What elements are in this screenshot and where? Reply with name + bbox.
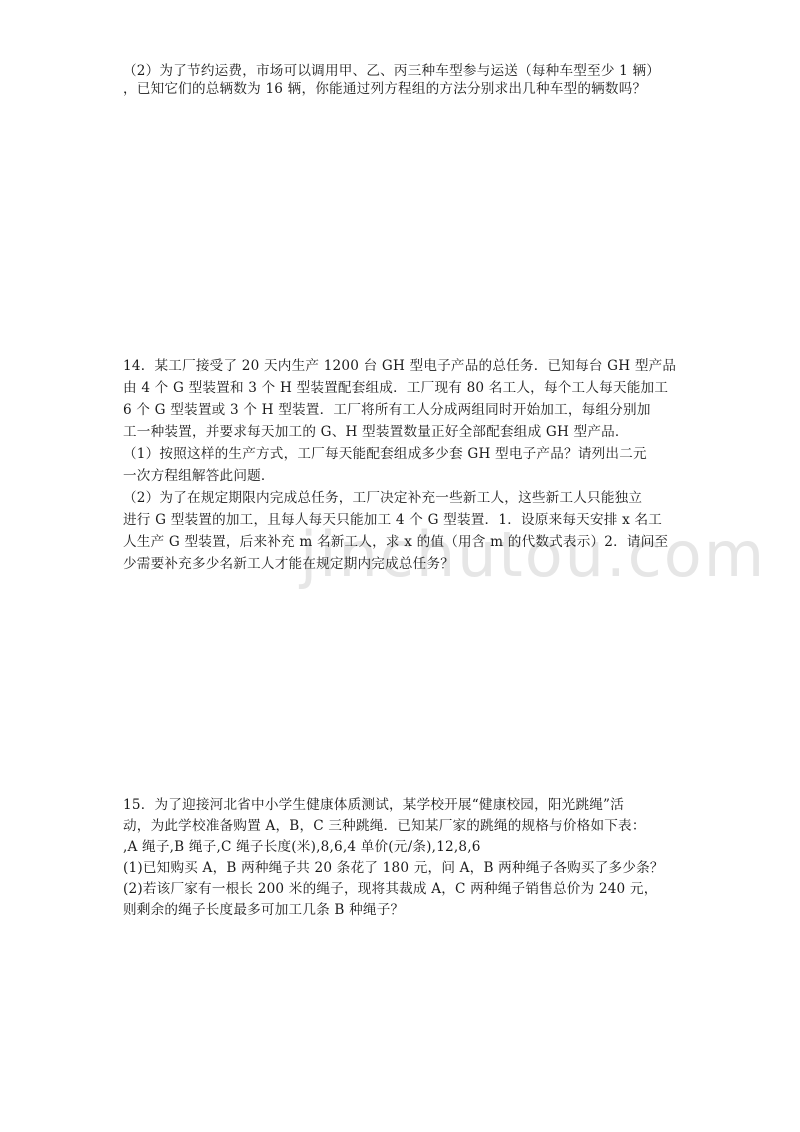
problem-15-question-1: (1)已知购买 A，B 两种绳子共 20 条花了 180 元，问 A，B 两种绳… (123, 860, 683, 877)
problem-14-question-2: 人生产 G 型装置，后来补充 m 名新工人，求 x 的值（用含 m 的代数式表示… (123, 534, 683, 551)
problem-14-question-2: 少需要补充多少名新工人才能在规定期内完成总任务？ (123, 556, 683, 573)
problem-15-table-text: ,A 绳子,B 绳子,C 绳子长度(米),8,6,4 单价(元/条),12,8,… (123, 839, 683, 856)
problem-15-question-2: 则剩余的绳子长度最多可加工几条 B 种绳子？ (123, 902, 683, 919)
problem-14-stem-line: 6 个 G 型装置或 3 个 H 型装置．工厂将所有工人分成两组同时开始加工，每… (123, 402, 683, 419)
problem-14-question-1: （1）按照这样的生产方式，工厂每天能配套组成多少套 GH 型电子产品？请列出二元 (123, 446, 683, 463)
problem-14-stem-line: 由 4 个 G 型装置和 3 个 H 型装置配套组成．工厂现有 80 名工人，每… (123, 380, 683, 397)
problem-14-question-2: 进行 G 型装置的加工，且每人每天只能加工 4 个 G 型装置．1．设原来每天安… (123, 512, 683, 529)
problem-14-question-1: 一次方程组解答此问题． (123, 468, 683, 485)
problem-14-stem-line: 14．某工厂接受了 20 天内生产 1200 台 GH 型电子产品的总任务．已知… (123, 358, 683, 375)
problem-15-stem-line: 动，为此学校准备购置 A，B，C 三种跳绳．已知某厂家的跳绳的规格与价格如下表： (123, 818, 683, 835)
text-line: ，已知它们的总辆数为 16 辆，你能通过列方程组的方法分别求出几种车型的辆数吗？ (123, 81, 683, 98)
problem-15-stem-line: 15．为了迎接河北省中小学生健康体质测试，某学校开展“健康校园，阳光跳绳”活 (123, 797, 683, 814)
problem-15-question-2: (2)若该厂家有一根长 200 米的绳子，现将其裁成 A，C 两种绳子销售总价为… (123, 881, 683, 898)
text-line: （2）为了节约运费，市场可以调用甲、乙、丙三种车型参与运送（每种车型至少 1 辆… (123, 63, 683, 80)
problem-14-stem-line: 工一种装置，并要求每天加工的 G、H 型装置数量正好全部配套组成 GH 型产品． (123, 424, 683, 441)
problem-14-question-2: （2）为了在规定期限内完成总任务，工厂决定补充一些新工人，这些新工人只能独立 (123, 490, 683, 507)
document-page: jinchutou.com （2）为了节约运费，市场可以调用甲、乙、丙三种车型参… (0, 0, 800, 1132)
